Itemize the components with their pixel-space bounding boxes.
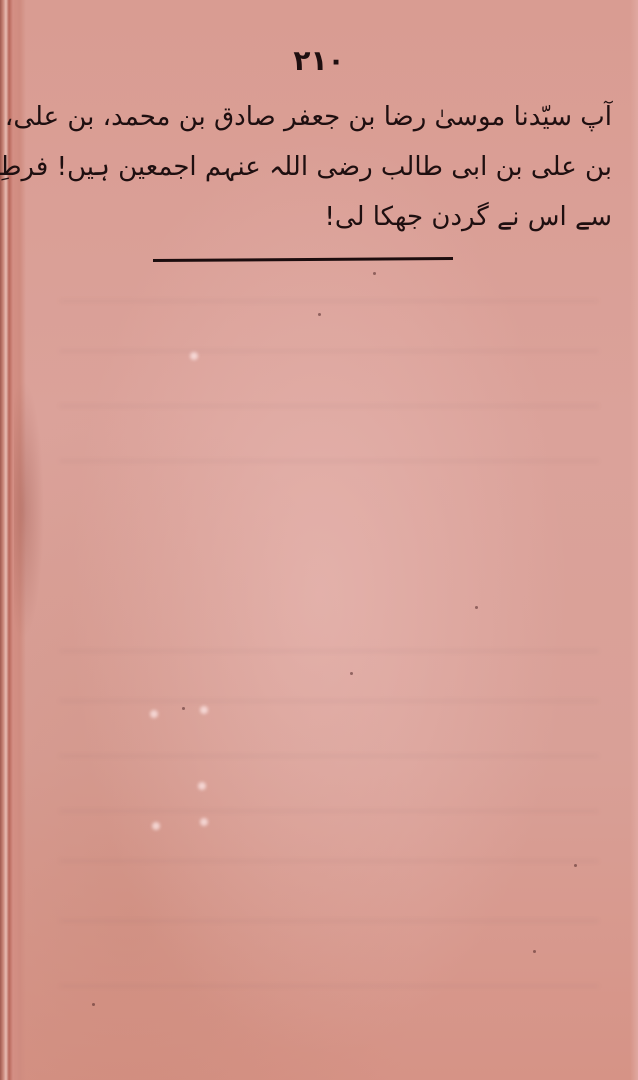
show-through-line xyxy=(60,920,598,922)
paper-speck xyxy=(533,950,536,953)
glare-spot xyxy=(200,706,208,714)
page-body-text: آپ سیّدنا موسیٰ رضا بن جعفر صادق بن محمد… xyxy=(12,92,612,242)
show-through-line xyxy=(60,350,598,352)
show-through-line xyxy=(60,650,598,652)
show-through-line xyxy=(60,405,598,407)
binding-stain xyxy=(14,380,44,640)
glare-spot xyxy=(152,822,160,830)
paper-speck xyxy=(318,313,321,316)
page-right-edge xyxy=(630,0,638,1080)
show-through-line xyxy=(60,460,598,462)
text-line: بن علی بن ابی طالب رضی اللہ عنہم اجمعین … xyxy=(12,142,612,192)
show-through-line xyxy=(60,810,598,812)
show-through-line xyxy=(60,300,598,302)
paper-speck xyxy=(475,606,478,609)
page-number: ۲۱۰ xyxy=(0,44,638,77)
glare-spot xyxy=(198,782,206,790)
show-through-line xyxy=(60,860,598,862)
show-through-line xyxy=(60,700,598,702)
show-through-line xyxy=(60,985,598,987)
glare-spot xyxy=(150,710,158,718)
paper-speck xyxy=(350,672,353,675)
paper-speck xyxy=(373,272,376,275)
glare-spot xyxy=(200,818,208,826)
glare-spot xyxy=(190,352,198,360)
text-line: آپ سیّدنا موسیٰ رضا بن جعفر صادق بن محمد… xyxy=(12,92,612,142)
section-divider xyxy=(153,257,453,262)
show-through-line xyxy=(60,755,598,757)
paper-speck xyxy=(92,1003,95,1006)
text-line: سے اس نے گردن جھکا لی! xyxy=(12,192,612,242)
paper-speck xyxy=(574,864,577,867)
paper-speck xyxy=(182,707,185,710)
book-page: ۲۱۰ آپ سیّدنا موسیٰ رضا بن جعفر صادق بن … xyxy=(0,0,638,1080)
